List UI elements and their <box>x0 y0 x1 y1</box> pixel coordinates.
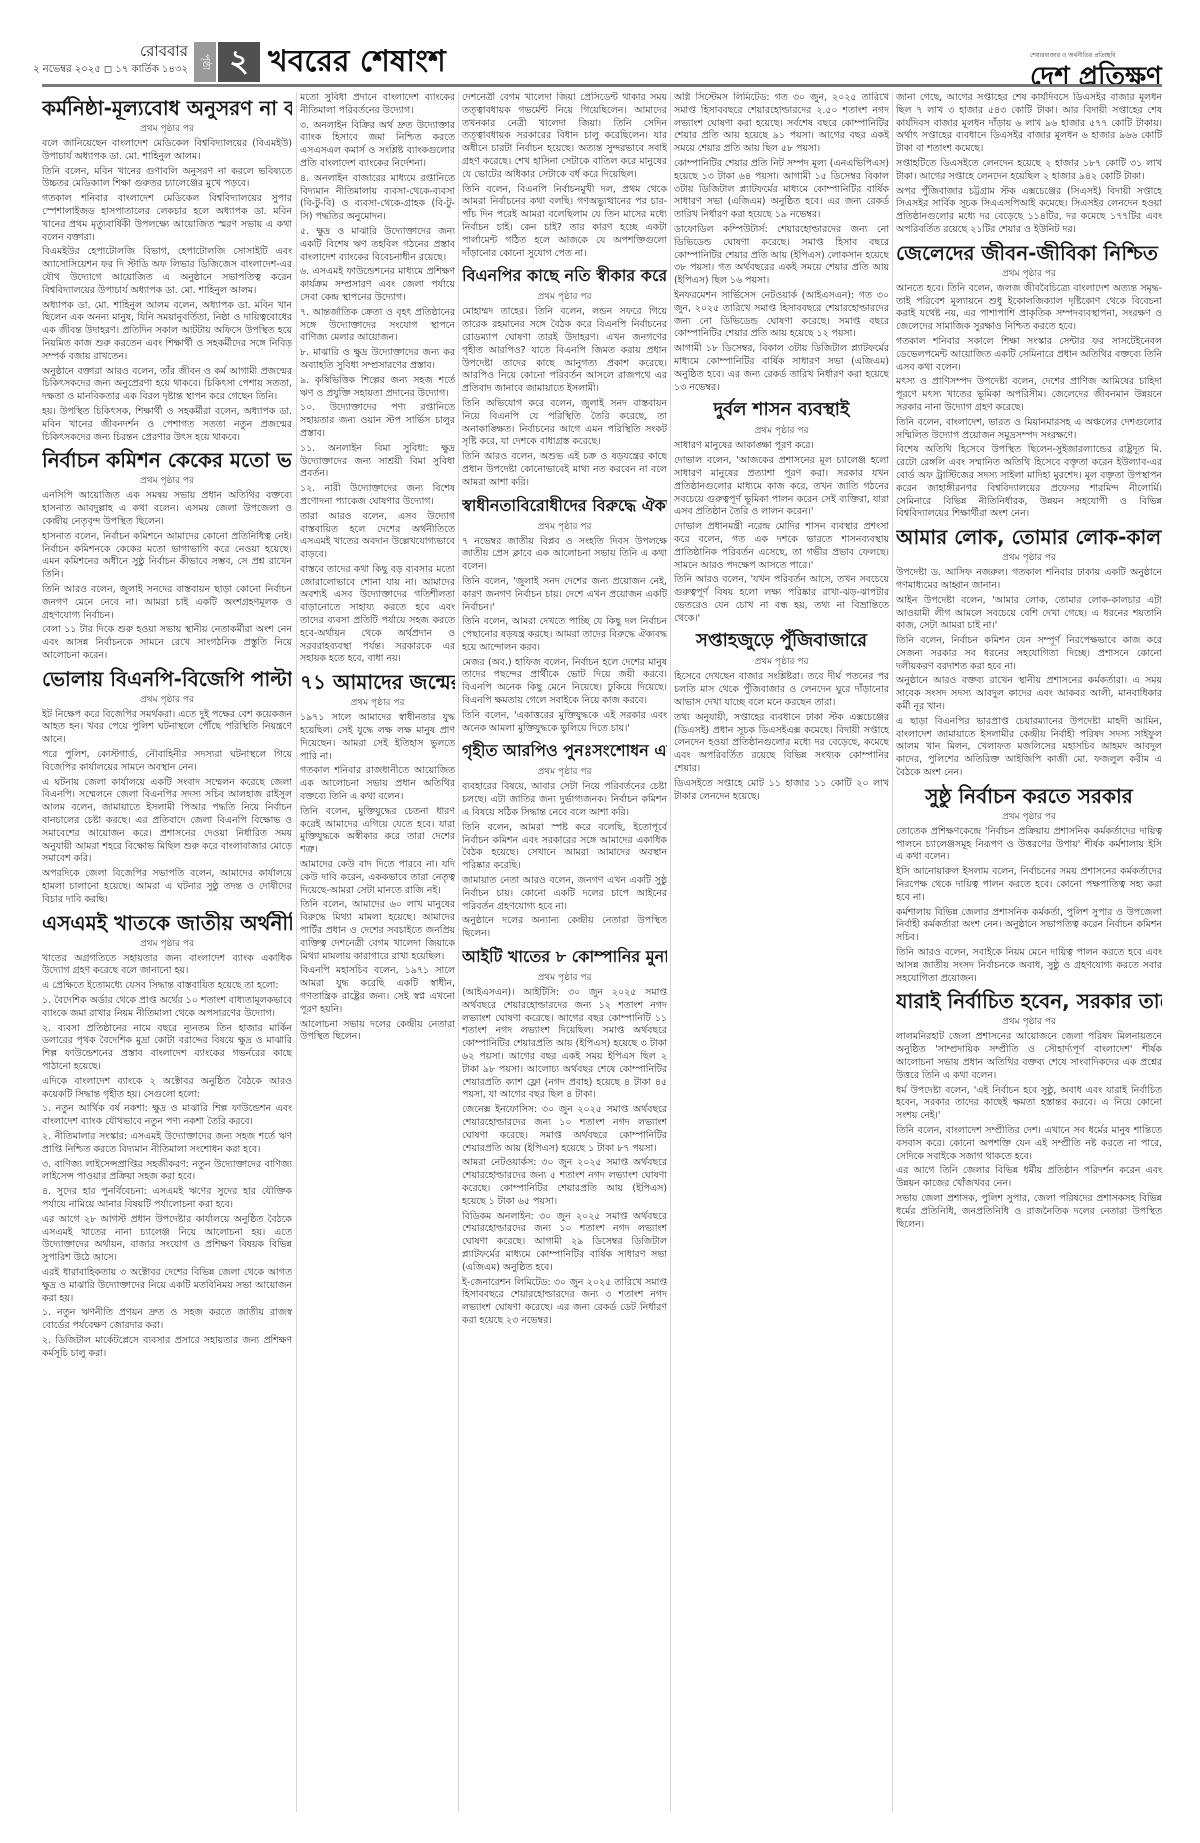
article-71-birth: ৭১ আমাদের জন্মের প্রথম পৃষ্ঠার পর ১৯৭১ স… <box>300 670 455 1044</box>
paragraph: এ ঘটনায় জেলা কার্যালয়ে একটি সংবাদ সম্ম… <box>42 777 292 867</box>
paragraph: তিনি বলেন, বাংলাদেশ, ভারত ও মিয়ানমারসহ … <box>896 417 1162 443</box>
continued-label: প্রথম পৃষ্ঠার পর <box>42 692 292 707</box>
paragraph: ১. বৈদেশিক অর্ডার থেকে প্রাপ্ত অর্থের ১০… <box>42 995 292 1021</box>
paragraph: এনসিপি আয়োজিত এক সমন্বয় সভায় প্রধান অ… <box>42 490 292 528</box>
paragraph: তিনি বলেন, নির্বাচন কমিশন যেন সম্পূর্ণ ন… <box>896 635 1162 673</box>
paragraph: তিনি বলেন, মুক্তিযুদ্ধের চেতনা ধারণ করেই… <box>300 806 455 857</box>
paragraph: তিনি অভিযোগ করে বলেন, জুলাই সনদ বাস্তবায… <box>462 398 667 449</box>
article-it-sector-profit: আইটি খাতের ৮ কোম্পানির মুনাফা প্রথম পৃষ্… <box>462 945 667 1328</box>
paragraph: ডিএসইতে সপ্তাহে মোট ১১ হাজার ১১ কোটি ২০ … <box>674 778 889 804</box>
continued-label: প্রথম পৃষ্ঠার পর <box>42 473 292 488</box>
paragraph: দেশনেত্রী বেগম খালেদা জিয়া প্রেসিডেন্ট … <box>462 92 667 182</box>
article-headline: সুষ্ঠু নির্বাচন করতে সরকার <box>896 784 1162 808</box>
paragraph: ইনফরমেশন সার্ভিসেস নেটওয়ার্ক (আইএসএন): … <box>674 290 889 341</box>
paragraph: তিনি আরও বলেন, অশুভ এই চক্র ও ষড়যন্ত্রে… <box>462 451 667 489</box>
paragraph: আমরা নেটওয়ার্কস: ৩০ জুন ২০২৫ সমাপ্ত অর্… <box>462 1157 667 1208</box>
paragraph: মেজর (অব.) হাফিজ বলেন, নির্বাচন হলে দেশে… <box>462 657 667 708</box>
paragraph: জেনেক্স ইনফোসিস: ৩০ জুন ২০২৫ সমাপ্ত অর্থ… <box>462 1104 667 1155</box>
paragraph: দোভাল প্রধানমন্ত্রী নরেন্দ্র মোদির শাসন … <box>674 521 889 572</box>
paragraph: কোম্পানিটির শেয়ার প্রতি নিট সম্পদ মূল্য… <box>674 158 889 222</box>
paragraph: ২. ডিজিটাল মার্কেটপ্লেসে ব্যবসার প্রসারে… <box>42 1335 292 1361</box>
continued-label: প্রথম পৃষ্ঠার পর <box>42 121 292 136</box>
paragraph: তিনি বলেন, আমরা দেখতে পাচ্ছি যে কিছু দল … <box>462 616 667 654</box>
paragraph: এর আগে তিনি জেলার বিভিন্ন ধর্মীয় প্রতিষ… <box>896 1165 1162 1191</box>
paragraph: ৭. আন্তর্জাতিক ক্রেতা ও বৃহৎ প্রতিষ্ঠানে… <box>300 307 455 345</box>
article-headline: স্বাধীনতাবিরোধীদের বিরুদ্ধে ঐক্যবদ্ধ <box>462 494 667 518</box>
continued-label: প্রথম পৃষ্ঠার পর <box>42 936 292 951</box>
continued-label: প্রথম পৃষ্ঠার পর <box>300 695 455 710</box>
paragraph: ৩. অনলাইন বিক্রির অর্থ দ্রুত উদ্যোক্তার … <box>300 120 455 171</box>
paragraph: মোহাম্মদ তাহের। তিনি বলেন, লন্ডন সফরে গি… <box>462 306 667 396</box>
paragraph: ই-জেনারেশন লিমিটেড: ৩০ জুন ২০২৫ তারিখে স… <box>462 1277 667 1328</box>
paragraph: কর্মশালায় বিভিন্ন জেলার প্রশাসনিক কর্মক… <box>896 907 1162 945</box>
paragraph: তিনি বলেন, আমাদের ৬০ লাখ মানুষের বিরুদ্ধ… <box>300 899 455 963</box>
continued-label: প্রথম পৃষ্ঠার পর <box>462 970 667 985</box>
paragraph: ২. নীতিমালার সংস্কার: এসএমই উদ্যোক্তাদের… <box>42 1131 292 1157</box>
column-divider <box>296 92 297 1812</box>
masthead-rule <box>42 84 1162 87</box>
section-title: খবরের শেষাংশ <box>268 42 446 82</box>
continued-label: প্রথম পৃষ্ঠার পর <box>896 550 1162 565</box>
article-fishermen-livelihood: জেলেদের জীবন-জীবিকা নিশ্চিত করা প্রথম পৃ… <box>896 241 1162 521</box>
article-headline: আমার লোক, তোমার লোক-কালচার <box>896 525 1162 549</box>
paragraph: ১০. উদ্যোক্তাদের পণ্য রপ্তানিতে সহায়তার… <box>300 402 455 440</box>
paragraph: বিশেষ অতিথি হিসেবে উপস্থিত ছিলেন-সুইজারল… <box>896 444 1162 521</box>
column-divider <box>670 92 671 1812</box>
publication-date: ২ নভেম্বর ২০২৫ ◻ ১৭ কার্তিক ১৪৩২ <box>30 62 188 79</box>
continued-label: প্রথম পৃষ্ঠার পর <box>896 266 1162 281</box>
paragraph: তোতেক প্রশিক্ষণকেন্দ্রে 'নির্বাচন প্রক্র… <box>896 826 1162 864</box>
paragraph: ইসি আনোয়ারুল ইসলাম বলেন, নির্বাচনের সময… <box>896 866 1162 904</box>
paragraph: তিনি আরও বলেন, জুলাই সনদের বাস্তবায়ন ছা… <box>42 584 292 622</box>
paragraph: লালমনিরহাট জেলা প্রশাসনের আয়োজনে জেলা প… <box>896 1031 1162 1082</box>
page-number: ২ <box>218 42 260 82</box>
paragraph: এরই ধারাবাহিকতায় ৩ অক্টোবর দেশের বিভিন্… <box>42 1267 292 1305</box>
continued-label: প্রথম পৃষ্ঠার পর <box>674 654 889 669</box>
article-market-situation: জানা গেছে, আগের সপ্তাহের শেষ কার্যদিবসে … <box>896 92 1162 237</box>
article-election-commission: নির্বাচন কমিশন কেকের মতো ভাগাভাগি প্রথম … <box>42 448 292 662</box>
paragraph: অপর পুঁজিবাজার চট্টগ্রাম স্টক এক্সচেঞ্জে… <box>896 186 1162 237</box>
column-2: মতো সুবিধা প্রদানে বাংলাদেশ ব্যাংকের নীত… <box>300 92 455 1812</box>
article-rpo-amendment: গৃহীত আরপিও পুনঃসংশোধন একটি প্রথম পৃষ্ঠা… <box>462 739 667 941</box>
paragraph: বেলা ১১ টার দিকে শুরু হওয়া সভায় স্থানী… <box>42 624 292 662</box>
article-sme-continued: মতো সুবিধা প্রদানে বাংলাদেশ ব্যাংকের নীত… <box>300 92 455 666</box>
paragraph: বলে জানিয়েছেন বাংলাদেশ মেডিকেল বিশ্ববিদ… <box>42 138 292 164</box>
paragraph: ৬. এসএমই ফাউন্ডেশনের মাধ্যমে প্রশিক্ষণ ক… <box>300 266 455 304</box>
paragraph: তিনি বলেন, 'একাত্তরের মুক্তিযুদ্ধকে এই স… <box>462 710 667 736</box>
paragraph: হাসনাত বলেন, নির্বাচন কমিশনে আমাদের কোনো… <box>42 531 292 582</box>
paragraph: এদিকে বাংলাদেশ ব্যাংকে ২ অক্টোবর অনুষ্ঠি… <box>42 1076 292 1102</box>
continued-label: প্রথম পৃষ্ঠার পর <box>896 1014 1162 1029</box>
paragraph: বাস্তবে তাদের কথা কিছু বড় ব্যবসার মতো জ… <box>300 564 455 666</box>
paragraph: হয়। উপস্থিত চিকিৎসক, শিক্ষার্থী ও সহকর্… <box>42 406 292 444</box>
article-bhola-clash: ভোলায় বিএনপি-বিজেপি পাল্টাপাল্টি প্রথম … <box>42 667 292 907</box>
paragraph: অগ্নি সিস্টেমস লিমিটেড: গত ৩০ জুন, ২০২৫ … <box>674 92 889 156</box>
paragraph: অপরদিকে জেলা বিজেপির সভাপতি বলেন, আমাদের… <box>42 868 292 906</box>
paragraph: মতো সুবিধা প্রদানে বাংলাদেশ ব্যাংকের নীত… <box>300 92 455 118</box>
continued-label: প্রথম পৃষ্ঠার পর <box>896 809 1162 824</box>
paragraph: সপ্তাহটিতে ডিএসইতে লেনদেন হয়েছে ২ হাজার… <box>896 158 1162 184</box>
paragraph: তিনি বলেন, 'জুলাই সনদ দেশের জন্য প্রয়োজ… <box>462 576 667 614</box>
paragraph: বিএমইউর হেপাটোলজি বিভাগ, হেপাটোলজি সোসাই… <box>42 246 292 297</box>
paragraph: তিনি বলেন, বিএনপি নির্বাচনমুখী দল, প্রথম… <box>462 184 667 261</box>
column-5: জানা গেছে, আগের সপ্তাহের শেষ কার্যদিবসে … <box>896 92 1162 1812</box>
paragraph: ধর্ম উপদেষ্টা বলেন, 'এই নির্বাচন হবে সুষ… <box>896 1085 1162 1123</box>
paragraph: ৫. ক্ষুদ্র ও মাঝারি উদ্যোক্তাদের জন্য এক… <box>300 226 455 264</box>
article-headline: বিএনপির কাছে নতি স্বীকার করে প্রধান <box>462 264 667 288</box>
continued-label: প্রথম পৃষ্ঠার পর <box>674 423 889 438</box>
paragraph: গতকাল শনিবার বাংলাদেশ মেডিকেল বিশ্ববিদ্য… <box>42 193 292 244</box>
paragraph: সভায় জেলা প্রশাসক, পুলিশ সুপার, জেলা পর… <box>896 1193 1162 1231</box>
article-sme-sector: এসএমই খাতকে জাতীয় অর্থনীতির প্রথম পৃষ্ঠ… <box>42 911 292 1361</box>
paragraph: ব্যবহারের বিষয়ে, আবার সেটা নিয়ে পরিবর্… <box>462 781 667 819</box>
paragraph: এ প্রেক্ষিতে ইতোমধ্যে যেসব সিদ্ধান্ত বাস… <box>42 980 292 993</box>
article-headline: নির্বাচন কমিশন কেকের মতো ভাগাভাগি <box>42 448 292 472</box>
paragraph: আইন উপদেষ্টা বলেন, 'আমার লোক, তোমার লোক-… <box>896 595 1162 633</box>
continued-label: প্রথম পৃষ্ঠার পর <box>462 764 667 779</box>
article-whoever-elected: যারাই নির্বাচিত হবেন, সরকার তাদের প্রথম … <box>896 989 1162 1231</box>
article-my-people-culture: আমার লোক, তোমার লোক-কালচার প্রথম পৃষ্ঠার… <box>896 525 1162 780</box>
paragraph: ১. নতুন ঋণনীতি প্রণয়ন দ্রুত ও সহজ করতে … <box>42 1307 292 1333</box>
paragraph: তিনি আরও বলেন, 'যখন পরিবর্তন আসে, তখন সব… <box>674 574 889 625</box>
masthead: রোববার ২ নভেম্বর ২০২৫ ◻ ১৭ কার্তিক ১৪৩২ … <box>0 40 1200 82</box>
article-headline: কর্মনিষ্ঠা-মূল্যবোধ অনুসরণ না করলে <box>42 96 292 120</box>
paragraph: আগামী ১৮ ডিসেম্বর, বিকাল ৩টায় ডিজিটাল প… <box>674 343 889 394</box>
article-headline: যারাই নির্বাচিত হবেন, সরকার তাদের <box>896 989 1162 1013</box>
article-commitment-values: কর্মনিষ্ঠা-মূল্যবোধ অনুসরণ না করলে প্রথম… <box>42 96 292 444</box>
continued-label: প্রথম পৃষ্ঠার পর <box>462 519 667 534</box>
paragraph: হিসেবে দেখছেন বাজার সংশ্লিষ্টরা। তবে দীর… <box>674 671 889 709</box>
paragraph: তথ্য অনুযায়ী, সপ্তাহের ব্যবধানে ঢাকা স্… <box>674 712 889 776</box>
paragraph: অনুষ্ঠানে দলের অন্যান্য কেন্দ্রীয় নেতার… <box>462 915 667 941</box>
paragraph: অনুষ্ঠানে বক্তারা আরও বলেন, তাঁর জীবন ও … <box>42 366 292 404</box>
article-headline: এসএমই খাতকে জাতীয় অর্থনীতির <box>42 911 292 935</box>
article-capital-market-week: সপ্তাহজুড়ে পুঁজিবাজারে প্রথম পৃষ্ঠার পর… <box>674 629 889 803</box>
column-4: অগ্নি সিস্টেমস লিমিটেড: গত ৩০ জুন, ২০২৫ … <box>674 92 889 1812</box>
paragraph: গতকাল শনিবার রাজধানীতে আয়োজিত এক আলোচনা… <box>300 765 455 803</box>
paragraph: এর আগে ২৮ আগস্ট প্রধান উপদেষ্টার কার্যাল… <box>42 1214 292 1265</box>
paragraph: তারা আরও বলেন, এসব উদ্যোগ বাস্তবায়িত হল… <box>300 511 455 562</box>
paragraph: বিডিকম অনলাইন: ৩০ জুন ২০২৫ সমাপ্ত অর্থবছ… <box>462 1211 667 1275</box>
paragraph: ১২. নারী উদ্যোক্তাদের জন্য বিশেষ প্রণোদন… <box>300 483 455 509</box>
paragraph: ইট নিক্ষেপ করে বিজেপির সমর্থকরা। এতে দুই… <box>42 709 292 747</box>
paragraph: সাধারণ মানুষের আকাঙ্ক্ষা পূরণ করে। <box>674 440 889 453</box>
article-anti-liberation: স্বাধীনতাবিরোধীদের বিরুদ্ধে ঐক্যবদ্ধ প্র… <box>462 494 667 736</box>
paragraph: ৭ নভেম্বর জাতীয় বিপ্লব ও সংহতি দিবস উপল… <box>462 536 667 574</box>
paragraph: ৪. অনলাইন বাজারের মাধ্যমে রপ্তানিতে বিদ্… <box>300 173 455 224</box>
article-headline: দুর্বল শাসন ব্যবস্থাই <box>674 398 889 422</box>
article-headline: ভোলায় বিএনপি-বিজেপি পাল্টাপাল্টি <box>42 667 292 691</box>
newspaper-page: রোববার ২ নভেম্বর ২০২৫ ◻ ১৭ কার্তিক ১৪৩২ … <box>0 0 1200 1843</box>
paragraph: ৯. কৃষিভিত্তিক শিল্পের জন্য সহজ শর্তে ঋণ… <box>300 375 455 401</box>
paragraph: তিনি আরও বলেন, সবাইকে নিয়ম মেনে দায়িত্… <box>896 947 1162 985</box>
paragraph: ৪. সুদের হার পুনর্বিবেচনা: এসএমই ঋণের সু… <box>42 1186 292 1212</box>
column-divider <box>892 92 893 1812</box>
paragraph: ৮. মাঝারি ও ক্ষুদ্র উদ্যোক্তাদের জন্য কর… <box>300 347 455 373</box>
paragraph: দোভাল বলেন, 'আজকের প্রশাসনের মূল চ্যালেঞ… <box>674 455 889 519</box>
paragraph: তিনি বলেন, মবিন খানের গুণাবলি অনুসরণ না … <box>42 166 292 192</box>
paragraph: খাতের অগ্রগতিতে সহায়তার জন্য বাংলাদেশ ব… <box>42 953 292 979</box>
paragraph: মৎস্য ও প্রাণিসম্পদ উপদেষ্টা বলেন, দেশের… <box>896 376 1162 414</box>
paragraph: আমাদের কেউ বাদ দিতে পারবে না। যদি কেউ দা… <box>300 859 455 897</box>
paragraph: ৩. বাণিজ্য লাইসেন্সপ্রাপ্তির সহজীকরণ: নত… <box>42 1159 292 1185</box>
article-headline: ৭১ আমাদের জন্মের <box>300 670 455 694</box>
paragraph: উপদেষ্টা ড. আসিফ নজরুল। গতকাল শনিবার ঢাক… <box>896 567 1162 593</box>
paragraph: বিএনপি মহাসচিব বলেন, ১৯৭১ সালে আমরা যুদ্… <box>300 965 455 1016</box>
paragraph: অধ্যাপক ডা. মো. শাহিনুল আলম বলেন, অধ্যাপ… <box>42 300 292 364</box>
paragraph: জামায়াত নেতা আরও বলেন, জনগণ এখন একটি সু… <box>462 875 667 913</box>
paragraph: ২. ব্যবসা প্রতিষ্ঠানের নামে বছরে ন্যূনতম… <box>42 1023 292 1074</box>
column-3: দেশনেত্রী বেগম খালেদা জিয়া প্রেসিডেন্ট … <box>462 92 667 1812</box>
paragraph: তিনি বলেন, আমরা স্পষ্ট করে বলেছি, ইতোপূর… <box>462 822 667 873</box>
paragraph: ১১. অনলাইন বিমা সুবিধা: ক্ষুদ্র উদ্যোক্ত… <box>300 443 455 481</box>
paragraph: ১. নতুন আর্থিক বর্ষ নকশা: ক্ষুদ্র ও মাঝা… <box>42 1103 292 1129</box>
paragraph: গতকাল শনিবার সকালে শিক্ষা সংস্কার সেন্টা… <box>896 336 1162 374</box>
paragraph: এ ছাড়া বিএনপির ভারপ্রাপ্ত চেয়ারম্যানের… <box>896 716 1162 780</box>
paragraph: অনুষ্ঠানে আরও বক্তব্য রাখেন স্থানীয় প্র… <box>896 675 1162 713</box>
paragraph: জানা গেছে, আগের সপ্তাহের শেষ কার্যদিবসে … <box>896 92 1162 156</box>
article-headline: জেলেদের জীবন-জীবিকা নিশ্চিত করা <box>896 241 1162 265</box>
paragraph: (আইএসএন)। আইটিসি: ৩০ জুন ২০২৫ সমাপ্ত অর্… <box>462 987 667 1102</box>
page-label: পৃষ্ঠা <box>194 42 216 82</box>
article-headline: গৃহীত আরপিও পুনঃসংশোধন একটি <box>462 739 667 763</box>
article-headline: সপ্তাহজুড়ে পুঁজিবাজারে <box>674 629 889 653</box>
paragraph: আনতে হবে। তিনি বলেন, জলজ জীববৈচিত্র্যে ব… <box>896 283 1162 334</box>
paragraph: আলোচনা সভায় দলের কেন্দ্রীয় নেতারা উপস্… <box>300 1019 455 1045</box>
paragraph: ১৯৭১ সালে আমাদের স্বাধীনতার যুদ্ধ হয়েছি… <box>300 712 455 763</box>
article-weak-governance: দুর্বল শাসন ব্যবস্থাই প্রথম পৃষ্ঠার পর স… <box>674 398 889 625</box>
paragraph: তিনি বলেন, বাংলাদেশ সম্প্রীতির দেশ। এখান… <box>896 1125 1162 1163</box>
column-1: কর্মনিষ্ঠা-মূল্যবোধ অনুসরণ না করলে প্রথম… <box>42 92 292 1812</box>
article-bnp-submission: দেশনেত্রী বেগম খালেদা জিয়া প্রেসিডেন্ট … <box>462 92 667 490</box>
paragraph: ডাফোডিল কম্পিউটার্স: শেয়ারহোল্ডারদের জন… <box>674 224 889 288</box>
article-headline: আইটি খাতের ৮ কোম্পানির মুনাফা <box>462 945 667 969</box>
column-divider <box>458 92 459 1812</box>
article-fair-election: সুষ্ঠু নির্বাচন করতে সরকার প্রথম পৃষ্ঠার… <box>896 784 1162 986</box>
continued-label: প্রথম পৃষ্ঠার পর <box>462 289 667 304</box>
paragraph: পরে পুলিশ, কোস্টগার্ড, নৌবাহিনীর সদস্যরা… <box>42 749 292 775</box>
article-it-sector-continued: অগ্নি সিস্টেমস লিমিটেড: গত ৩০ জুন, ২০২৫ … <box>674 92 889 394</box>
